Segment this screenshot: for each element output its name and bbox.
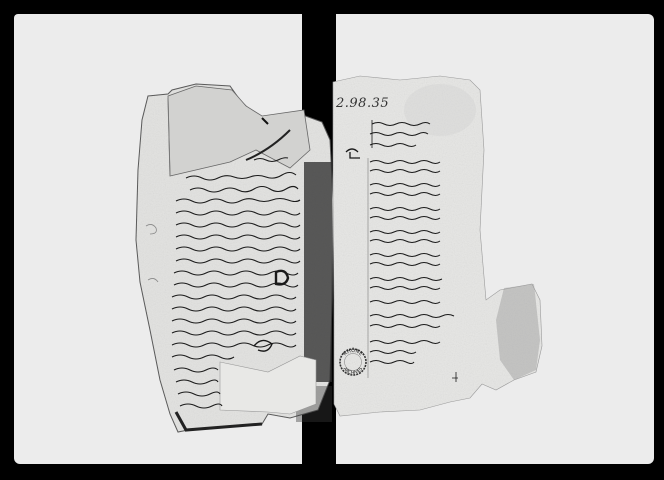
catalog-number: 2.98.35 bbox=[336, 96, 389, 111]
archive-stamp-icon: RHÔNE ARCHIVES bbox=[338, 347, 368, 377]
svg-text:ARCHIVES: ARCHIVES bbox=[342, 366, 364, 376]
stamp-bottom-text: ARCHIVES bbox=[342, 366, 364, 376]
manuscript-fragments bbox=[0, 0, 664, 480]
left-fragment bbox=[136, 84, 333, 432]
svg-text:RHÔNE: RHÔNE bbox=[342, 347, 363, 357]
stamp-top-text: RHÔNE bbox=[342, 347, 363, 357]
